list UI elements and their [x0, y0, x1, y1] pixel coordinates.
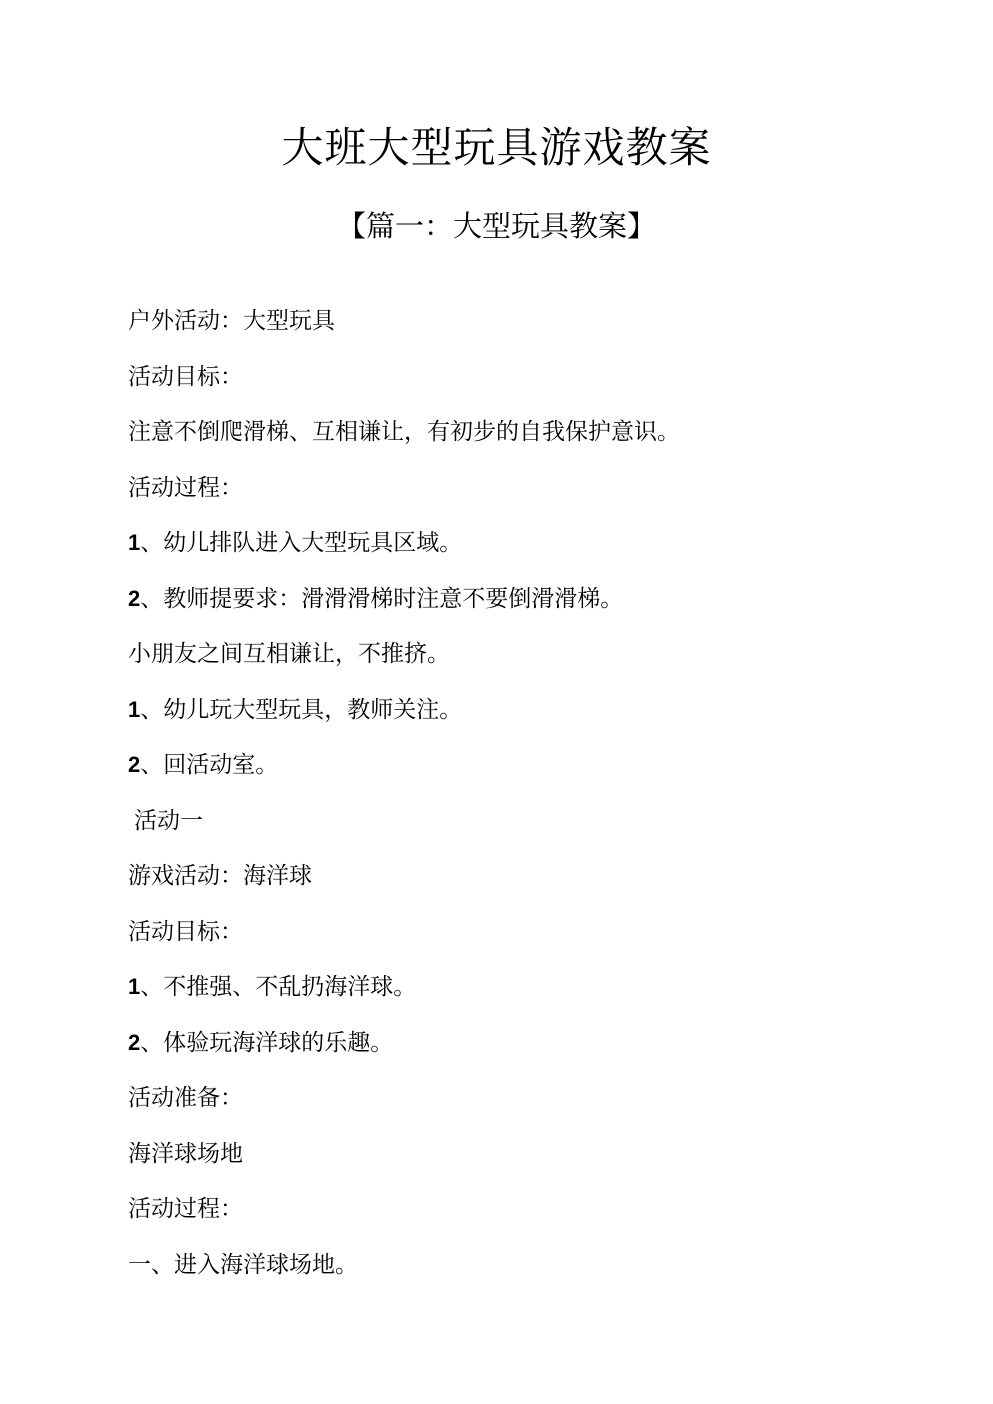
line-text: 、教师提要求：滑滑滑梯时注意不要倒滑滑梯。	[140, 586, 623, 612]
list-item: 1、不推强、不乱扔海洋球。	[128, 971, 888, 1027]
paragraph-line: 活动过程：	[128, 1193, 888, 1249]
paragraph-line: 海洋球场地	[128, 1138, 888, 1194]
line-number: 1	[128, 697, 140, 722]
line-text: 、幼儿玩大型玩具，教师关注。	[140, 697, 462, 723]
line-number: 2	[128, 586, 140, 611]
paragraph-line: 户外活动：大型玩具	[128, 305, 888, 361]
line-text: 活动过程：	[128, 1196, 243, 1222]
paragraph-line: 活动目标：	[128, 361, 888, 417]
line-text: 注意不倒爬滑梯、互相谦让，有初步的自我保护意识。	[128, 419, 680, 445]
document-body: 户外活动：大型玩具 活动目标： 注意不倒爬滑梯、互相谦让，有初步的自我保护意识。…	[128, 305, 888, 1304]
list-item: 2、回活动室。	[128, 749, 888, 805]
line-text: 游戏活动：海洋球	[128, 863, 312, 889]
line-text: 一、进入海洋球场地。	[128, 1252, 358, 1278]
section-heading: 活动一	[128, 805, 888, 861]
paragraph-line: 活动准备：	[128, 1082, 888, 1138]
line-text: 、不推强、不乱扔海洋球。	[140, 974, 416, 1000]
list-item: 1、幼儿玩大型玩具，教师关注。	[128, 694, 888, 750]
list-item: 一、进入海洋球场地。	[128, 1249, 888, 1305]
paragraph-line: 游戏活动：海洋球	[128, 860, 888, 916]
line-text: 、体验玩海洋球的乐趣。	[140, 1030, 393, 1056]
list-item: 1、幼儿排队进入大型玩具区域。	[128, 527, 888, 583]
line-text: 活动过程：	[128, 475, 243, 501]
document-subtitle: 【篇一：大型玩具教案】	[0, 206, 993, 246]
line-text: 活动目标：	[128, 919, 243, 945]
paragraph-line: 活动目标：	[128, 916, 888, 972]
line-text: 海洋球场地	[128, 1141, 243, 1167]
document-page: 大班大型玩具游戏教案 【篇一：大型玩具教案】 户外活动：大型玩具 活动目标： 注…	[0, 0, 993, 1404]
line-text: 、回活动室。	[140, 752, 278, 778]
list-item: 2、体验玩海洋球的乐趣。	[128, 1027, 888, 1083]
line-text: 活动准备：	[128, 1085, 243, 1111]
list-item: 2、教师提要求：滑滑滑梯时注意不要倒滑滑梯。	[128, 583, 888, 639]
line-text: 活动一	[134, 808, 203, 834]
line-text: 小朋友之间互相谦让，不推挤。	[128, 641, 450, 667]
line-number: 2	[128, 1030, 140, 1055]
paragraph-line: 小朋友之间互相谦让，不推挤。	[128, 638, 888, 694]
paragraph-line: 注意不倒爬滑梯、互相谦让，有初步的自我保护意识。	[128, 416, 888, 472]
line-text: 、幼儿排队进入大型玩具区域。	[140, 530, 462, 556]
line-text: 户外活动：大型玩具	[128, 308, 335, 334]
document-title: 大班大型玩具游戏教案	[0, 120, 993, 176]
line-number: 2	[128, 752, 140, 777]
line-number: 1	[128, 530, 140, 555]
line-number: 1	[128, 974, 140, 999]
line-text: 活动目标：	[128, 364, 243, 390]
paragraph-line: 活动过程：	[128, 472, 888, 528]
